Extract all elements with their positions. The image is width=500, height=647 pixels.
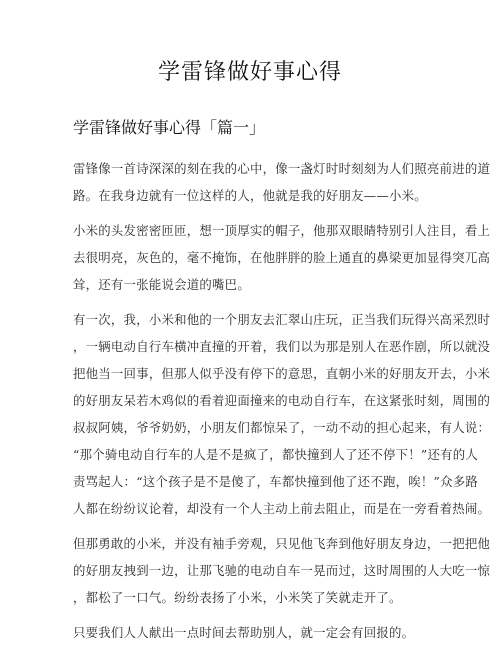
text-line: 耸，还有一张能说会道的嘴巴。 xyxy=(73,271,433,298)
text-line: 的好朋友拽到一边，让那飞驰的电动自车一晃而过，这时周围的人大吃一惊 xyxy=(73,557,433,584)
text-line: 只要我们人人献出一点时间去帮助别人，就一定会有回报的。 xyxy=(73,619,433,646)
document-page: 学雷锋做好事心得 学雷锋做好事心得「篇一」 雷锋像一首诗深深的刻在我的心中，像一… xyxy=(0,0,500,647)
text-line: 人都在纷纷议论着，却没有一个人主动上前去阻止，而是在一旁看着热闹。 xyxy=(73,495,433,522)
text-line: 责骂起人：“这个孩子是不是傻了，车都快撞到他了还不跑，唉！”众多路 xyxy=(73,468,433,495)
text-line: 把他当一回事，但那人似乎没有停下的意思，直朝小米的好朋友开去，小米 xyxy=(73,360,433,387)
text-line: “那个骑电动自行车的人是不是疯了，都快撞到人了还不停下！”还有的人 xyxy=(73,441,433,468)
text-line: 的好朋友呆若木鸡似的看着迎面撞来的电动自行车，在这紧张时刻，周围的 xyxy=(73,387,433,414)
section-title: 学雷锋做好事心得「篇一」 xyxy=(73,117,265,139)
text-line: 雷锋像一首诗深深的刻在我的心中，像一盏灯时时刻刻为人们照亮前进的道 xyxy=(73,155,433,182)
text-line: ，一辆电动自行车横冲直撞的开着，我们以为那是别人在恶作剧，所以就没 xyxy=(73,333,433,360)
text-line: 叔叔阿姨，爷爷奶奶，小朋友们都惊呆了，一动不动的担心起来，有人说： xyxy=(73,414,433,441)
paragraph-1: 雷锋像一首诗深深的刻在我的心中，像一盏灯时时刻刻为人们照亮前进的道 路。在我身边… xyxy=(73,155,433,209)
paragraph-2: 小米的头发密密匝匝，想一顶厚实的帽子，他那双眼睛特别引人注目，看上 去很明亮，灰… xyxy=(73,217,433,298)
text-line: 但那勇敢的小米，并没有袖手旁观，只见他飞奔到他好朋友身边，一把把他 xyxy=(73,530,433,557)
text-line: 小米的头发密密匝匝，想一顶厚实的帽子，他那双眼睛特别引人注目，看上 xyxy=(73,217,433,244)
text-line: 有一次，我，小米和他的一个朋友去汇翠山庄玩，正当我们玩得兴高采烈时 xyxy=(73,306,433,333)
paragraph-3: 有一次，我，小米和他的一个朋友去汇翠山庄玩，正当我们玩得兴高采烈时 ，一辆电动自… xyxy=(73,306,433,522)
document-title: 学雷锋做好事心得 xyxy=(0,58,500,88)
paragraph-4: 但那勇敢的小米，并没有袖手旁观，只见他飞奔到他好朋友身边，一把把他 的好朋友拽到… xyxy=(73,530,433,611)
paragraph-5: 只要我们人人献出一点时间去帮助别人，就一定会有回报的。 xyxy=(73,619,433,646)
text-line: 去很明亮，灰色的，毫不掩饰，在他胖胖的脸上通直的鼻梁更加显得突兀高 xyxy=(73,244,433,271)
document-body: 雷锋像一首诗深深的刻在我的心中，像一盏灯时时刻刻为人们照亮前进的道 路。在我身边… xyxy=(73,155,433,647)
text-line: ，都松了一口气。纷纷表扬了小米，小米笑了笑就走开了。 xyxy=(73,584,433,611)
text-line: 路。在我身边就有一位这样的人，他就是我的好朋友——小米。 xyxy=(73,182,433,209)
